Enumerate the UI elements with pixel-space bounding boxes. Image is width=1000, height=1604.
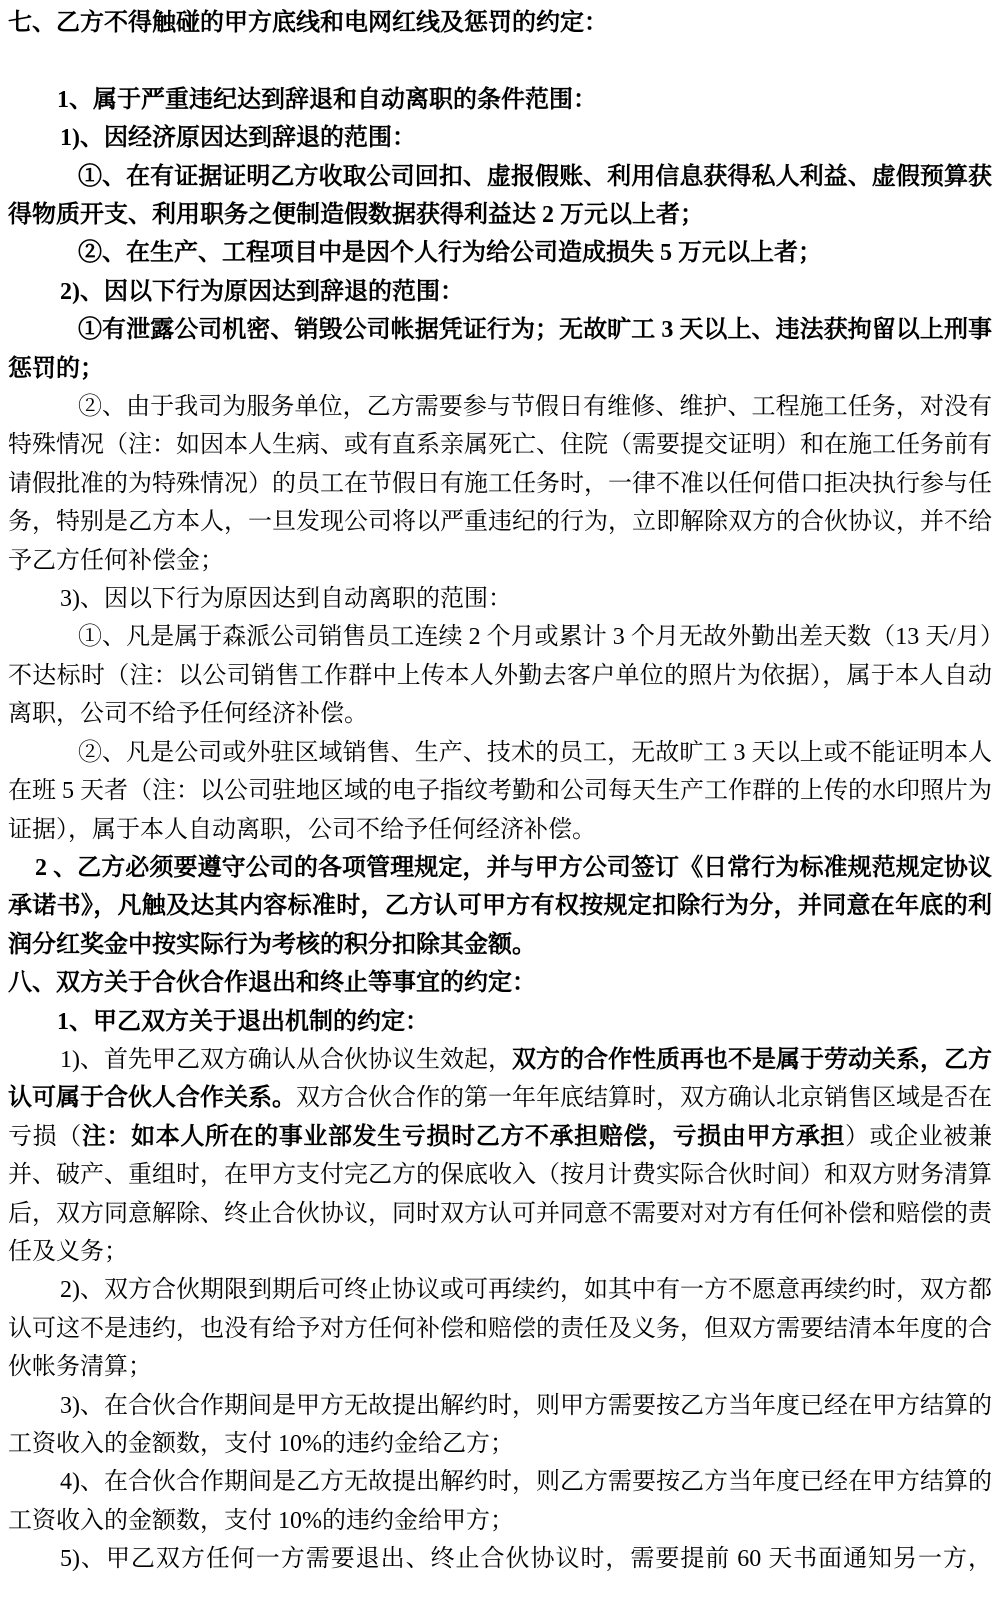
clause-7-2: 2 、乙方必须要遵守公司的各项管理规定，并与甲方公司签订《日常行为标准规范规定协… [8, 849, 992, 964]
item-7-1-3-circle1: ①、凡是属于森派公司销售员工连续 2 个月或累计 3 个月无故外勤出差天数（13… [8, 618, 992, 733]
clause-8-1-3: 3)、在合伙合作期间是甲方无故提出解约时，则甲方需要按乙方当年度已经在甲方结算的… [8, 1387, 992, 1464]
clause-7-1-heading: 1、属于严重违纪达到辞退和自动离职的条件范围： [8, 81, 992, 119]
clause-8-1-1-bold-emphasis-3: 注：如本人所在的事业部发生亏损时乙方不承担赔偿，亏损由甲方承担 [82, 1124, 845, 1150]
clause-8-1-1: 1)、首先甲乙双方确认从合伙协议生效起，双方的合作性质再也不是属于劳动关系，乙方… [8, 1041, 992, 1271]
item-7-1-2-circle1: ①有泄露公司机密、销毁公司帐据凭证行为；无故旷工 3 天以上、违法获拘留以上刑事… [8, 311, 992, 388]
clause-8-1-4: 4)、在合伙合作期间是乙方无故提出解约时，则乙方需要按乙方当年度已经在甲方结算的… [8, 1463, 992, 1540]
clause-7-1-3-heading: 3)、因以下行为原因达到自动离职的范围： [8, 580, 992, 618]
blank-line [8, 42, 992, 80]
clause-8-1-2: 2)、双方合伙期限到期后可终止协议或可再续约，如其中有一方不愿意再续约时，双方都… [8, 1271, 992, 1386]
clause-7-1-1-heading: 1)、因经济原因达到辞退的范围： [8, 119, 992, 157]
section-8-heading: 八、双方关于合伙合作退出和终止等事宜的约定： [8, 964, 992, 1002]
item-7-1-1-circle2: ②、在生产、工程项目中是因个人行为给公司造成损失 5 万元以上者； [8, 234, 992, 272]
clause-8-1-5: 5)、甲乙双方任何一方需要退出、终止合伙协议时，需要提前 60 天书面通知另一方… [8, 1540, 992, 1578]
item-7-1-1-circle1: ①、在有证据证明乙方收取公司回扣、虚报假账、利用信息获得私人利益、虚假预算获得物… [8, 158, 992, 235]
section-7-heading: 七、乙方不得触碰的甲方底线和电网红线及惩罚的约定： [8, 4, 992, 42]
item-7-1-2-circle2: ②、由于我司为服务单位，乙方需要参与节假日有维修、维护、工程施工任务，对没有特殊… [8, 388, 992, 580]
clause-8-1-1-run-0: 1)、首先甲乙双方确认从合伙协议生效起， [60, 1047, 512, 1073]
document-page: 七、乙方不得触碰的甲方底线和电网红线及惩罚的约定： 1、属于严重违纪达到辞退和自… [0, 0, 1000, 1604]
clause-7-1-2-heading: 2)、因以下行为原因达到辞退的范围： [8, 273, 992, 311]
item-7-1-3-circle2: ②、凡是公司或外驻区域销售、生产、技术的员工，无故旷工 3 天以上或不能证明本人… [8, 734, 992, 849]
clause-8-1-heading: 1、甲乙双方关于退出机制的约定： [8, 1003, 992, 1041]
